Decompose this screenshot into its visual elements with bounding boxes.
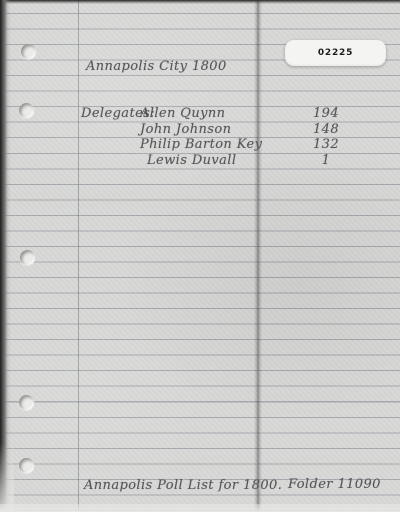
ruled-lines (5, 13, 400, 512)
folder-reference: Folder 11090 (288, 476, 381, 493)
scan-edge-top (0, 0, 400, 4)
binder-hole (19, 458, 34, 473)
binder-hole (19, 395, 34, 410)
binder-hole (19, 103, 34, 118)
delegate-votes: 148 (306, 121, 346, 138)
scanned-notebook-page: 02225 Annapolis City 1800 Delegates: All… (0, 0, 400, 512)
catalog-number-label: 02225 (285, 40, 386, 66)
binder-hole (21, 44, 36, 59)
delegate-name: Allen Quynn (140, 105, 225, 122)
scan-edge-left-fade (0, 442, 14, 512)
delegate-votes: 1 (306, 152, 346, 169)
catalog-number: 02225 (318, 48, 353, 58)
delegate-name: Lewis Duvall (147, 152, 236, 169)
binder-hole (20, 250, 35, 265)
delegate-name: Philip Barton Key (140, 136, 262, 153)
delegate-votes: 132 (306, 136, 346, 153)
underlying-page-edge (0, 504, 400, 512)
page-title: Annapolis City 1800 (86, 58, 227, 75)
footer-note: Annapolis Poll List for 1800. (84, 477, 282, 494)
delegate-votes: 194 (306, 105, 346, 122)
margin-line (78, 0, 79, 512)
scan-edge-left (0, 0, 11, 512)
page-crease (254, 0, 262, 512)
delegate-name: John Johnson (140, 121, 231, 138)
